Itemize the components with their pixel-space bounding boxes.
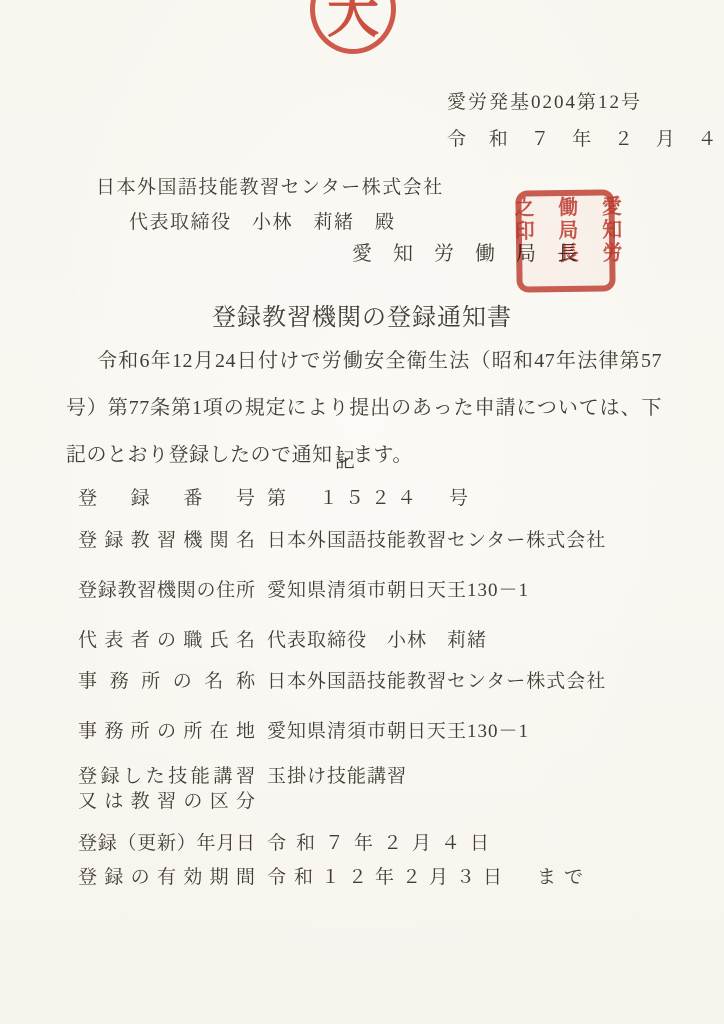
document-page: 大 愛労発基0204第12号 令 和 ７ 年 ２ 月 ４ 日 日本外国語技能教習… (0, 0, 724, 1024)
header-reference-block: 愛労発基0204第12号 令 和 ７ 年 ２ 月 ４ 日 (447, 84, 724, 158)
registry-label: 登録教習機関名 (78, 528, 255, 553)
registry-row-validity-period: 登録の有効期間 令和１２年２月３日 まで (78, 865, 668, 890)
registry-row-office-name: 事務所の名称 日本外国語技能教習センター株式会社 (78, 669, 668, 694)
record-marker: 記 (0, 444, 690, 473)
registry-label: 登録番号 (78, 486, 255, 511)
registry-label: 代表者の職氏名 (78, 628, 255, 653)
registry-label-line2: 又は教習の区分 (78, 789, 255, 814)
registry-value: 日本外国語技能教習センター株式会社 (267, 669, 606, 694)
registry-label: 登録（更新）年月日 (78, 831, 255, 856)
registry-value: 代表取締役 小林 莉緒 (267, 628, 487, 653)
registry-row-institution-name: 登録教習機関名 日本外国語技能教習センター株式会社 (78, 528, 668, 553)
registry-label: 事務所の名称 (78, 669, 255, 694)
registry-row-institution-address: 登録教習機関の住所 愛知県清須市朝日天王130－1 (78, 578, 668, 603)
registry-row-number: 登録番号 第 １５２４ 号 (78, 486, 668, 511)
document-title: 登録教習機関の登録通知書 (0, 297, 724, 332)
issue-date: 令 和 ７ 年 ２ 月 ４ 日 (447, 121, 724, 158)
official-red-seal: 愛知労働局長之印 (515, 189, 615, 292)
registry-value: 令和７年２月４日 (267, 831, 499, 856)
addressee-company: 日本外国語技能教習センター株式会社 (96, 170, 444, 205)
registry-value: 玉掛け技能講習 (267, 764, 407, 789)
registry-row-representative: 代表者の職氏名 代表取締役 小林 莉緒 (78, 628, 668, 653)
registry-row-course-category: 登録した技能講習 又は教習の区分 玉掛け技能講習 (78, 764, 668, 814)
registry-row-registration-date: 登録（更新）年月日 令和７年２月４日 (78, 831, 668, 856)
top-partial-round-stamp: 大 (310, 0, 396, 54)
registry-label: 登録教習機関の住所 (78, 578, 255, 603)
addressee-block: 日本外国語技能教習センター株式会社 代表取締役 小林 莉緒 殿 (96, 170, 444, 240)
registry-value: 日本外国語技能教習センター株式会社 (267, 528, 606, 553)
official-seal-text: 愛知労働局長之印 (499, 195, 631, 287)
addressee-person: 代表取締役 小林 莉緒 殿 (96, 205, 444, 240)
registry-label-line1: 登録した技能講習 (78, 764, 255, 789)
registry-row-office-address: 事務所の所在地 愛知県清須市朝日天王130－1 (78, 719, 668, 744)
registry-label: 事務所の所在地 (78, 719, 255, 744)
reference-number: 愛労発基0204第12号 (447, 84, 724, 121)
top-stamp-character: 大 (327, 0, 379, 47)
registry-label: 登録した技能講習 又は教習の区分 (78, 764, 255, 814)
registry-table: 登録番号 第 １５２４ 号 登録教習機関名 日本外国語技能教習センター株式会社 … (78, 486, 668, 890)
registry-label: 登録の有効期間 (78, 865, 255, 890)
registry-value: 愛知県清須市朝日天王130－1 (267, 578, 529, 603)
registry-value: 愛知県清須市朝日天王130－1 (267, 719, 529, 744)
registry-value: 第 １５２４ 号 (267, 486, 475, 511)
registry-value: 令和１２年２月３日 まで (267, 865, 591, 890)
